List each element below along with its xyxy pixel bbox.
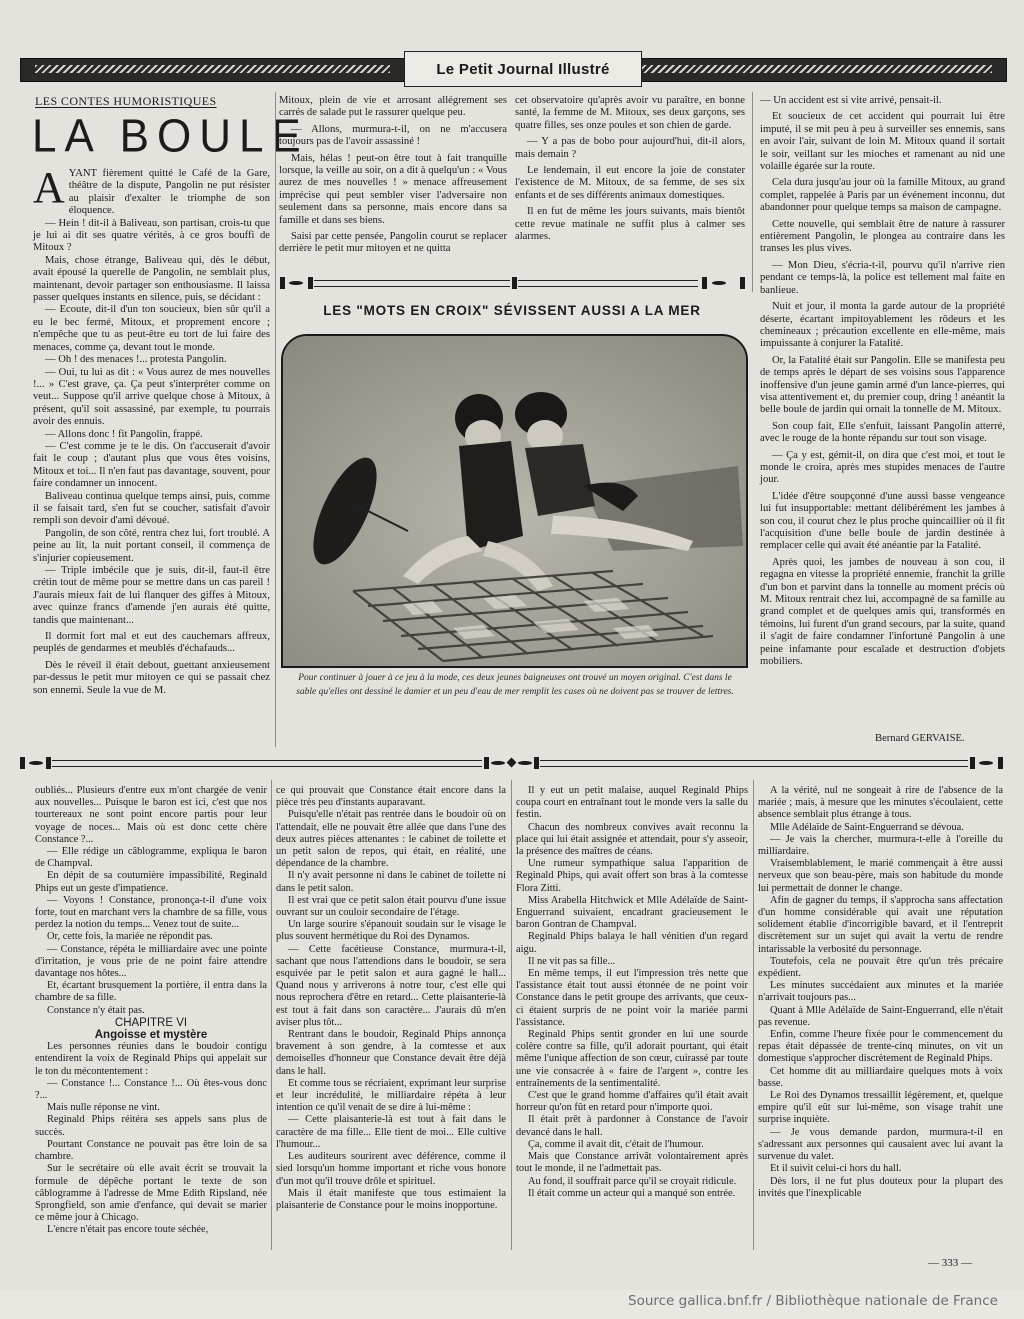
serial-paragraph: Les auditeurs sourirent avec déférence, … xyxy=(276,1151,506,1188)
ornamental-divider xyxy=(280,277,746,289)
serial-paragraph: — Elle rédige un câblogramme, expliqua l… xyxy=(35,846,267,870)
story-paragraph: Mitoux, plein de vie et arrosant allégre… xyxy=(279,95,507,120)
story-paragraph: Baliveau continua quelque temps ainsi, p… xyxy=(33,491,270,528)
chapter-heading: CHAPITRE VI xyxy=(35,1017,267,1029)
serial-paragraph: Et il suivit celui-ci hors du hall. xyxy=(758,1163,1003,1175)
serial-paragraph: ce qui prouvait que Constance était enco… xyxy=(276,785,506,809)
zigzag-ornament-left xyxy=(35,65,390,73)
serial-paragraph: Reginald Phips réitéra ses appels sans p… xyxy=(35,1114,267,1138)
ornamental-divider-wide xyxy=(20,757,1005,769)
serial-paragraph: Il ne vit pas sa fille... xyxy=(516,956,748,968)
chapter-title: Angoisse et mystère xyxy=(35,1029,267,1041)
serial-paragraph: Miss Arabella Hitchwick et Mlle Adélaïde… xyxy=(516,895,748,932)
story-paragraph: Le lendemain, il eut encore la joie de c… xyxy=(515,165,745,202)
story-column-1: AYANT fièrement quitté le Café de la Gar… xyxy=(33,168,270,697)
serial-paragraph: Mais nulle réponse ne vint. xyxy=(35,1102,267,1114)
story-paragraph: — Allons, murmura-t-il, on ne m'accusera… xyxy=(279,124,507,149)
serial-paragraph: Mais que Constance arrivât volontairemen… xyxy=(516,1151,748,1175)
serial-paragraph: Il était prêt à pardonner à Constance de… xyxy=(516,1114,748,1138)
serial-column-4: A la vérité, nul ne songeait à rire de l… xyxy=(758,785,1003,1200)
serial-paragraph: A la vérité, nul ne songeait à rire de l… xyxy=(758,785,1003,822)
serial-paragraph: — Cette plaisanterie-là est tout à fait … xyxy=(276,1114,506,1151)
story-paragraph: — Oui, tu lui as dit : « Vous aurez de m… xyxy=(33,367,270,429)
column-rule xyxy=(511,780,512,1250)
story-column-4: — Un accident est si vite arrivé, pensai… xyxy=(760,95,1005,668)
serial-paragraph: En même temps, il eut l'impression très … xyxy=(516,968,748,1029)
serial-paragraph: oubliés... Plusieurs d'entre eux m'ont c… xyxy=(35,785,267,846)
column-rule xyxy=(752,92,753,292)
story-paragraph: Pangolin, de son côté, rentra chez lui, … xyxy=(33,528,270,565)
serial-paragraph: Afin de gagner du temps, il s'approcha s… xyxy=(758,895,1003,956)
story-paragraph: — Allons donc ! fit Pangolin, frappé. xyxy=(33,429,270,441)
serial-paragraph: Les personnes réunies dans le boudoir co… xyxy=(35,1041,267,1078)
story-paragraph: — Triple imbécile que je suis, dit-il, f… xyxy=(33,565,270,627)
serial-paragraph: Une rumeur sympathique salua l'apparitio… xyxy=(516,858,748,895)
story-paragraph: — Ça y est, gémit-il, on dira que c'est … xyxy=(760,450,1005,487)
story-paragraph: — Y a pas de bobo pour aujourd'hui, dit-… xyxy=(515,136,745,161)
serial-paragraph: Il était comme un acteur qui a manqué so… xyxy=(516,1188,748,1200)
story-column-3: cet observatoire qu'après avoir vu paraî… xyxy=(515,95,745,243)
photo-illustration xyxy=(283,336,746,666)
story-title: LA BOULE xyxy=(32,111,309,164)
serial-column-3: Il y eut un petit malaise, auquel Regina… xyxy=(516,785,748,1200)
newspaper-page: Le Petit Journal Illustré LES CONTES HUM… xyxy=(0,0,1024,1290)
zigzag-ornament-right xyxy=(637,65,992,73)
serial-paragraph: En dépit de sa coutumière impassibilité,… xyxy=(35,870,267,894)
serial-paragraph: — Je vous demande pardon, murmura-t-il e… xyxy=(758,1127,1003,1164)
serial-paragraph: Reginald Phips sentit gronder en lui une… xyxy=(516,1029,748,1090)
beach-crossword-photo xyxy=(281,334,748,668)
column-rule xyxy=(753,780,754,1250)
story-paragraph: Cela dura jusqu'au jour où la famille Mi… xyxy=(760,177,1005,214)
serial-paragraph: Reginald Phips balaya le hall vénitien d… xyxy=(516,931,748,955)
story-paragraph: Il en fut de même les jours suivants, ma… xyxy=(515,206,745,243)
photo-headline: LES "MOTS EN CROIX" SÉVISSENT AUSSI A LA… xyxy=(278,303,746,318)
serial-paragraph: Au fond, il souffrait parce qu'il se cro… xyxy=(516,1176,748,1188)
serial-paragraph: Vraisemblablement, le marié commençait à… xyxy=(758,858,1003,895)
story-paragraph: Cette nouvelle, qui semblait être de nat… xyxy=(760,219,1005,256)
serial-paragraph: Il est vrai que ce petit salon était pou… xyxy=(276,895,506,919)
serial-paragraph: Pourtant Constance ne pouvait pas être l… xyxy=(35,1139,267,1163)
story-paragraph: — Hein ! dit-il à Baliveau, son partisan… xyxy=(33,218,270,255)
source-attribution: Source gallica.bnf.fr / Bibliothèque nat… xyxy=(628,1293,998,1309)
serial-paragraph: L'encre n'était pas encore toute séchée, xyxy=(35,1224,267,1236)
serial-paragraph: — Constance !... Constance !... Où êtes-… xyxy=(35,1078,267,1102)
serial-paragraph: C'est que le grand homme d'affaires qu'i… xyxy=(516,1090,748,1114)
serial-paragraph: Il y eut un petit malaise, auquel Regina… xyxy=(516,785,748,822)
serial-paragraph: Toutefois, cela ne pouvait être qu'un tr… xyxy=(758,956,1003,980)
column-rule xyxy=(275,92,276,747)
story-paragraph: Nuit et jour, il monta la garde autour d… xyxy=(760,301,1005,351)
story-paragraph: Et soucieux de cet accident qui pourrait… xyxy=(760,111,1005,173)
page-number: — 333 — xyxy=(928,1257,972,1269)
section-label: LES CONTES HUMORISTIQUES xyxy=(35,94,217,109)
story-paragraph: — Oh ! des menaces !... protesta Pangoli… xyxy=(33,354,270,366)
serial-paragraph: Mlle Adélaïde de Saint-Enguerrand se dév… xyxy=(758,822,1003,834)
story-paragraph: Son coup fait, Elle s'enfuit, laissant P… xyxy=(760,421,1005,446)
story-paragraph: — Un accident est si vite arrivé, pensai… xyxy=(760,95,1005,107)
story-paragraph: Après quoi, les jambes de nouveau à son … xyxy=(760,557,1005,669)
serial-paragraph: Rentrant dans le boudoir, Reginald Phips… xyxy=(276,1029,506,1078)
story-paragraph: Mais, chose étrange, Baliveau qui, dès l… xyxy=(33,255,270,305)
story-paragraph: Dès le réveil il était debout, guettant … xyxy=(33,660,270,697)
serial-paragraph: Sur le secrétaire où elle avait écrit se… xyxy=(35,1163,267,1224)
story-paragraph: Saisi par cette pensée, Pangolin courut … xyxy=(279,231,507,256)
author-signature: Bernard GERVAISE. xyxy=(875,733,965,744)
story-paragraph: — Ecoute, dit-il d'un ton soucieux, bien… xyxy=(33,304,270,354)
story-column-2: Mitoux, plein de vie et arrosant allégre… xyxy=(279,95,507,256)
story-paragraph: cet observatoire qu'après avoir vu paraî… xyxy=(515,95,745,132)
serial-paragraph: — Constance, répéta le milliardaire avec… xyxy=(35,944,267,981)
serial-paragraph: Un large sourire s'épanouit soudain sur … xyxy=(276,919,506,943)
serial-paragraph: Cet homme dit au milliardaire quelques m… xyxy=(758,1066,1003,1090)
story-paragraph: Il dormit fort mal et eut des cauchemars… xyxy=(33,631,270,656)
serial-paragraph: Quant à Mlle Adélaïde de Saint-Enguerran… xyxy=(758,1005,1003,1029)
masthead-title: Le Petit Journal Illustré xyxy=(404,51,642,87)
drop-cap: A xyxy=(33,170,65,206)
story-paragraph: — Mon Dieu, s'écria-t-il, pourvu qu'il n… xyxy=(760,260,1005,297)
serial-paragraph: Mais il était manifeste que tous estimai… xyxy=(276,1188,506,1212)
story-paragraph: L'idée d'être soupçonné d'une aussi bass… xyxy=(760,491,1005,553)
serial-paragraph: Dès lors, il ne fut plus douteux pour la… xyxy=(758,1176,1003,1200)
serial-paragraph: Et, écartant brusquement la portière, il… xyxy=(35,980,267,1004)
serial-paragraph: Chacun des nombreux convives avait recon… xyxy=(516,822,748,859)
serial-paragraph: Les minutes succédaient aux minutes et l… xyxy=(758,980,1003,1004)
serial-paragraph: Constance n'y était pas. xyxy=(35,1005,267,1017)
story-paragraph: Mais, hélas ! peut-on être tout à fait t… xyxy=(279,153,507,227)
serial-paragraph: — Cette facétieuse Constance, murmura-t-… xyxy=(276,944,506,1029)
masthead-banner: Le Petit Journal Illustré xyxy=(20,58,1007,82)
column-rule xyxy=(271,780,272,1250)
serial-column-2: ce qui prouvait que Constance était enco… xyxy=(276,785,506,1212)
serial-paragraph: Or, cette fois, la mariée ne répondit pa… xyxy=(35,931,267,943)
serial-paragraph: — Je vais la chercher, murmura-t-elle à … xyxy=(758,834,1003,858)
story-paragraph: AYANT fièrement quitté le Café de la Gar… xyxy=(33,168,270,218)
photo-caption: Pour continuer à jouer à ce jeu à la mod… xyxy=(295,671,735,699)
serial-paragraph: Le Roi des Dynamos tressaillit légèremen… xyxy=(758,1090,1003,1127)
story-paragraph: Or, la Fatalité était sur Pangolin. Elle… xyxy=(760,355,1005,417)
serial-paragraph: — Voyons ! Constance, prononça-t-il d'un… xyxy=(35,895,267,932)
serial-paragraph: Et comme tous se récriaient, exprimant l… xyxy=(276,1078,506,1115)
serial-column-1: oubliés... Plusieurs d'entre eux m'ont c… xyxy=(35,785,267,1237)
serial-paragraph: Enfin, comme l'heure fixée pour le comme… xyxy=(758,1029,1003,1066)
serial-paragraph: Ça, comme il avait dit, c'était de l'hum… xyxy=(516,1139,748,1151)
serial-paragraph: Il n'y avait personne ni dans le cabinet… xyxy=(276,870,506,894)
story-paragraph: — C'est comme je te le dis. On t'accuser… xyxy=(33,441,270,491)
serial-paragraph: Puisqu'elle n'était pas rentrée dans le … xyxy=(276,809,506,870)
